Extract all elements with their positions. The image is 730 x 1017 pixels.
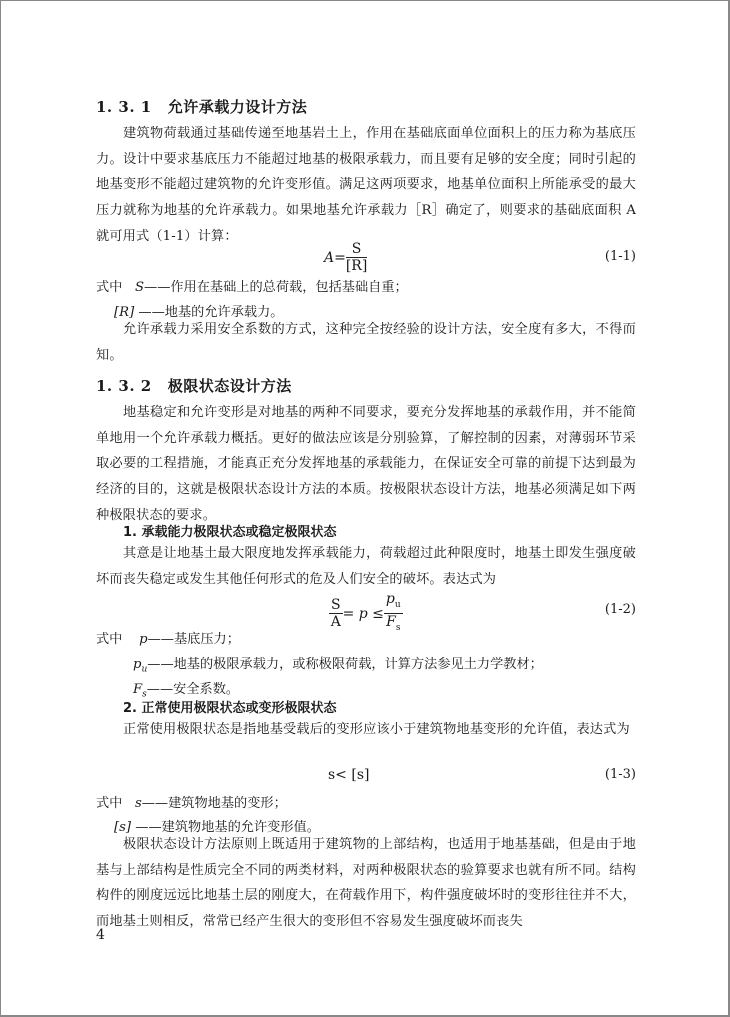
- where-label: 式中: [96, 796, 122, 811]
- fraction: S[R]: [346, 242, 367, 274]
- section-number: 1. 3. 1: [96, 98, 152, 116]
- page-number: 4: [96, 927, 105, 943]
- fraction: puFs: [384, 592, 403, 636]
- section-heading-1-3-1: 1. 3. 1允许承载力设计方法: [96, 96, 307, 117]
- paragraph: 地基稳定和允许变形是对地基的两种不同要求，要充分发挥地基的承载作用，并不能简单地…: [96, 400, 636, 529]
- subsection-heading: 2. 正常使用极限状态或变形极限状态: [123, 697, 337, 716]
- definition-text: ——安全系数。: [147, 682, 239, 697]
- equation-1-2: SA= p ≤puFs: [329, 592, 403, 636]
- equation-number: (1-2): [605, 602, 636, 617]
- section-title: 极限状态设计方法: [168, 377, 292, 395]
- equation-number: (1-3): [605, 767, 636, 782]
- fraction: SA: [329, 598, 343, 630]
- paragraph: 其意是让地基土最大限度地发挥承载能力，荷载超过此种限度时，地基土即发生强度破坏而…: [96, 541, 636, 592]
- paragraph: 允许承载力采用安全系数的方式，这种完全按经验的设计方法，安全度有多大，不得而知。: [96, 317, 636, 368]
- paragraph: 极限状态设计方法原则上既适用于建筑物的上部结构，也适用于地基基础，但是由于地基与…: [96, 832, 636, 935]
- numerator: S: [346, 242, 367, 258]
- numerator: S: [329, 598, 343, 614]
- definition-text: ——作用在基础上的总荷载，包括基础自重；: [144, 280, 408, 295]
- denominator: Fs: [384, 614, 403, 636]
- numerator: pu: [384, 592, 403, 614]
- eq-middle: = p ≤: [343, 606, 384, 622]
- definition-line: 式中 p——基底压力；: [96, 628, 240, 647]
- symbol: pu: [133, 657, 147, 672]
- section-title: 允许承载力设计方法: [168, 98, 308, 116]
- equation-1-3: s< [s]: [328, 767, 369, 783]
- symbol: p: [139, 632, 147, 647]
- where-label: 式中: [96, 632, 122, 647]
- definition-text: ——建筑物地基的变形；: [142, 796, 287, 811]
- subsection-heading: 1. 承载能力极限状态或稳定极限状态: [123, 521, 337, 540]
- denominator: A: [329, 614, 343, 630]
- paragraph: 正常使用极限状态是指地基受载后的变形应该小于建筑物地基变形的允许值，表达式为: [96, 717, 636, 743]
- symbol: Fs: [133, 682, 147, 697]
- definition-text: ——地基的极限承载力，或称极限荷载，计算方法参见土力学教材；: [147, 657, 543, 672]
- definition-line: 式中 S——作用在基础上的总荷载，包括基础自重；: [96, 276, 408, 295]
- denominator: [R]: [346, 258, 367, 274]
- equation-1-1: A=S[R]: [324, 242, 367, 274]
- where-label: 式中: [96, 280, 122, 295]
- section-number: 1. 3. 2: [96, 377, 152, 395]
- symbol: s: [135, 796, 142, 811]
- section-heading-1-3-2: 1. 3. 2极限状态设计方法: [96, 375, 292, 396]
- symbol: S: [135, 280, 144, 295]
- definition-line: 式中 s——建筑物地基的变形；: [96, 792, 287, 811]
- equation-number: (1-1): [605, 249, 636, 264]
- eq-lhs: A=: [324, 250, 346, 266]
- definition-text: ——基底压力；: [148, 632, 240, 647]
- paragraph: 建筑物荷载通过基础传递至地基岩土上，作用在基础底面单位面积上的压力称为基底压力。…: [96, 121, 636, 250]
- definition-line: pu——地基的极限承载力，或称极限荷载，计算方法参见土力学教材；: [133, 653, 543, 675]
